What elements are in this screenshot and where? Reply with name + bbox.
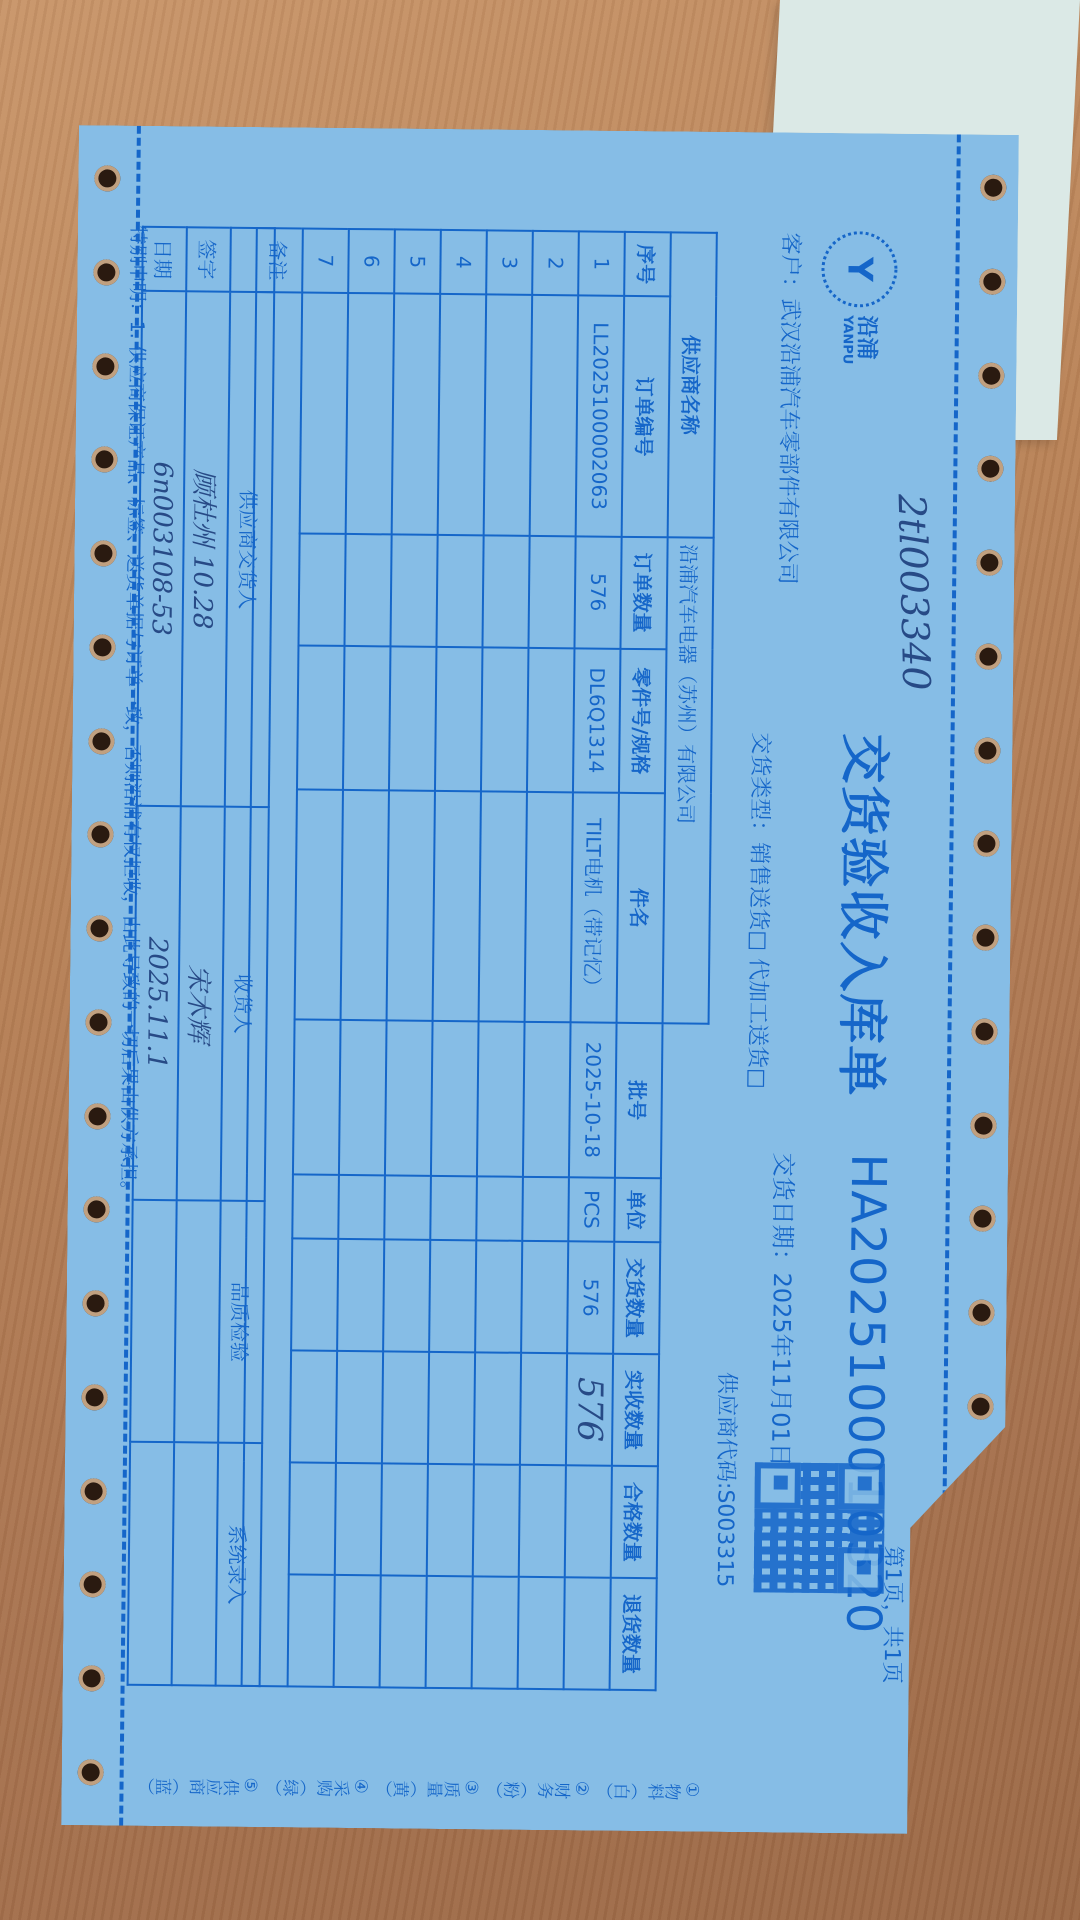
perforation-line (939, 134, 961, 1834)
received-qty-handwritten: 576 (566, 1353, 613, 1465)
delivery-type-line: 交货类型：销售送货□ 代加工送货□ (743, 732, 778, 1089)
receiver-signature: 宋木辉 (177, 806, 225, 1200)
qr-code (754, 1462, 885, 1593)
supplier-signature: 顾杜州 10.28 (181, 291, 230, 807)
customer-line: 客户：武汉沿浦汽车零部件有限公司 (773, 232, 808, 584)
delivery-type-options: 销售送货□ 代加工送货□ (744, 842, 772, 1089)
logo-mark-icon: Y (821, 231, 898, 308)
company-logo: Y 沿浦 YANPU (820, 231, 897, 365)
logo-name-en: YANPU (839, 315, 854, 364)
supplier-code: S003315 (712, 1489, 738, 1587)
copy-labels: ①物料（白） ②财务（粉） ③质量（黄） ④采购（绿） ⑤供应商（蓝） (138, 1772, 702, 1802)
items-table: 供应商名称 沿浦汽车电器（苏州）有限公司 序号 订单编号 订单数量 零件号/规格… (241, 227, 718, 1692)
handwritten-reference: 2tl003340 (890, 493, 939, 691)
logo-name-cn: 沿浦 (854, 315, 879, 364)
tractor-holes-top (959, 175, 1006, 1795)
tractor-holes-bottom (74, 165, 121, 1785)
delivery-date: 2025年11月01日 (766, 1272, 796, 1466)
customer-name: 武汉沿浦汽车零部件有限公司 (774, 298, 802, 584)
supplier-name-label: 供应商名称 (668, 232, 717, 537)
delivery-receipt-form: 2tl003340 第1页，共1页 Y 沿浦 YANPU 交货验收入库单 HA2… (61, 125, 1019, 1835)
supplier-code-line: 供应商代码:S003315 (711, 1372, 744, 1588)
supplier-name: 沿浦汽车电器（苏州）有限公司 (663, 537, 714, 1024)
delivery-date-line: 交货日期：2025年11月01日 (765, 1152, 803, 1467)
form-title: 交货验收入库单 (829, 733, 905, 1098)
